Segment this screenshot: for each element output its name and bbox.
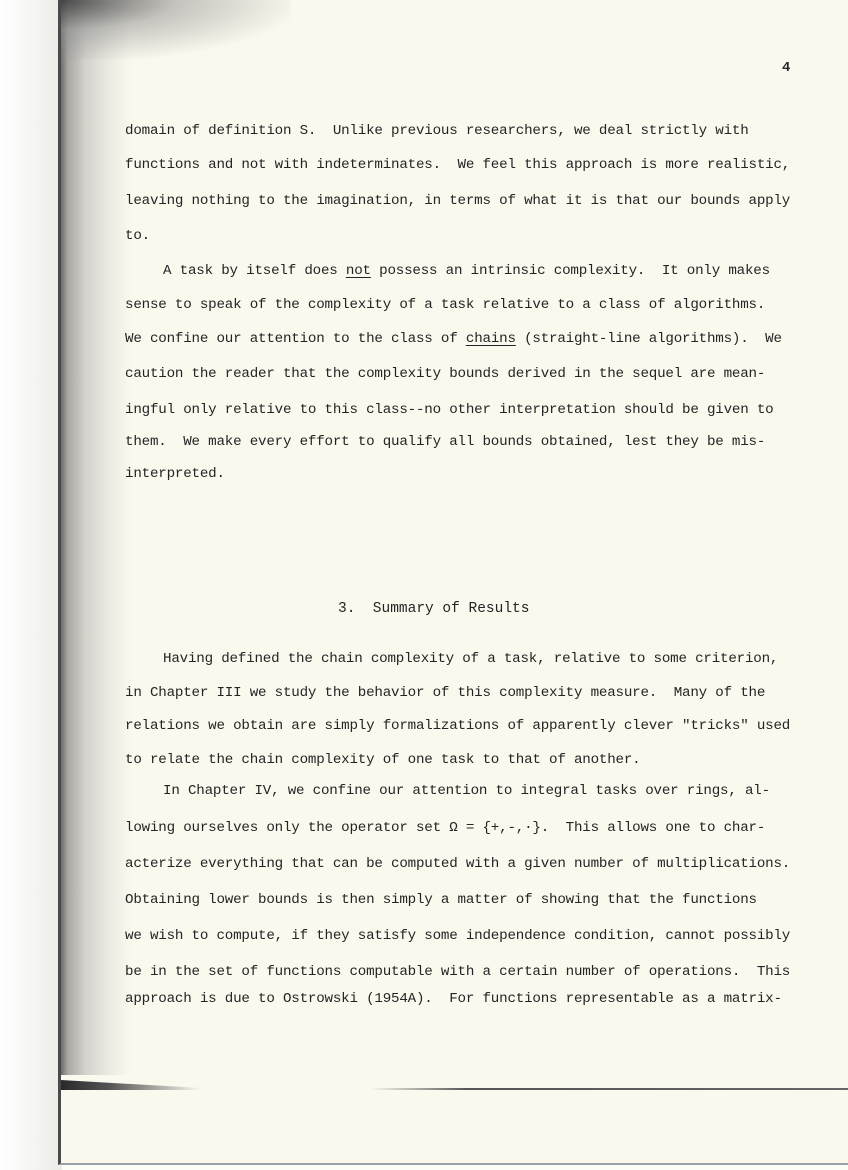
- paragraph-1-line: to.: [125, 228, 150, 244]
- scan-outer-margin: [0, 0, 62, 1170]
- paragraph-3-line: to relate the chain complexity of one ta…: [125, 752, 640, 768]
- paragraph-4-line: lowing ourselves only the operator set Ω…: [125, 820, 765, 836]
- paragraph-2-line: caution the reader that the complexity b…: [125, 366, 765, 382]
- paragraph-1-line: domain of definition S. Unlike previous …: [125, 123, 749, 139]
- paragraph-2-line: them. We make every effort to qualify al…: [125, 434, 765, 450]
- paragraph-3-line: in Chapter III we study the behavior of …: [125, 685, 765, 701]
- paragraph-4-line: acterize everything that can be computed…: [125, 856, 790, 872]
- text-segment: (straight-line algorithms). We: [516, 331, 782, 347]
- text-segment: We confine our attention to the class of: [125, 331, 466, 347]
- binding-shadow: [61, 0, 131, 1075]
- page-number: 4: [782, 60, 790, 76]
- top-corner-shadow: [61, 0, 291, 60]
- paragraph-2-line: ingful only relative to this class--no o…: [125, 402, 773, 418]
- emphasis-not: not: [346, 263, 371, 279]
- paragraph-2-line: A task by itself does not possess an int…: [163, 263, 770, 279]
- paragraph-4-line: In Chapter IV, we confine our attention …: [163, 783, 770, 799]
- paragraph-2-line: sense to speak of the complexity of a ta…: [125, 297, 765, 313]
- text-segment: possess an intrinsic complexity. It only…: [371, 263, 770, 279]
- paragraph-3-line: relations we obtain are simply formaliza…: [125, 718, 790, 734]
- section-heading: 3. Summary of Results: [338, 601, 529, 617]
- paragraph-1-line: functions and not with indeterminates. W…: [125, 157, 790, 173]
- paragraph-1-line: leaving nothing to the imagination, in t…: [125, 193, 790, 209]
- bottom-fold-shadow: [61, 1080, 201, 1090]
- paragraph-4-line: we wish to compute, if they satisfy some…: [125, 928, 790, 944]
- paragraph-4-line: Obtaining lower bounds is then simply a …: [125, 892, 757, 908]
- paragraph-2-line: interpreted.: [125, 466, 225, 482]
- paragraph-4-line: be in the set of functions computable wi…: [125, 964, 790, 980]
- emphasis-chains: chains: [466, 331, 516, 347]
- bottom-fold-line: [371, 1088, 848, 1090]
- paragraph-4-line: approach is due to Ostrowski (1954A). Fo…: [125, 991, 782, 1007]
- text-segment: A task by itself does: [163, 263, 346, 279]
- paragraph-2-line: We confine our attention to the class of…: [125, 331, 782, 347]
- paragraph-3-line: Having defined the chain complexity of a…: [163, 651, 778, 667]
